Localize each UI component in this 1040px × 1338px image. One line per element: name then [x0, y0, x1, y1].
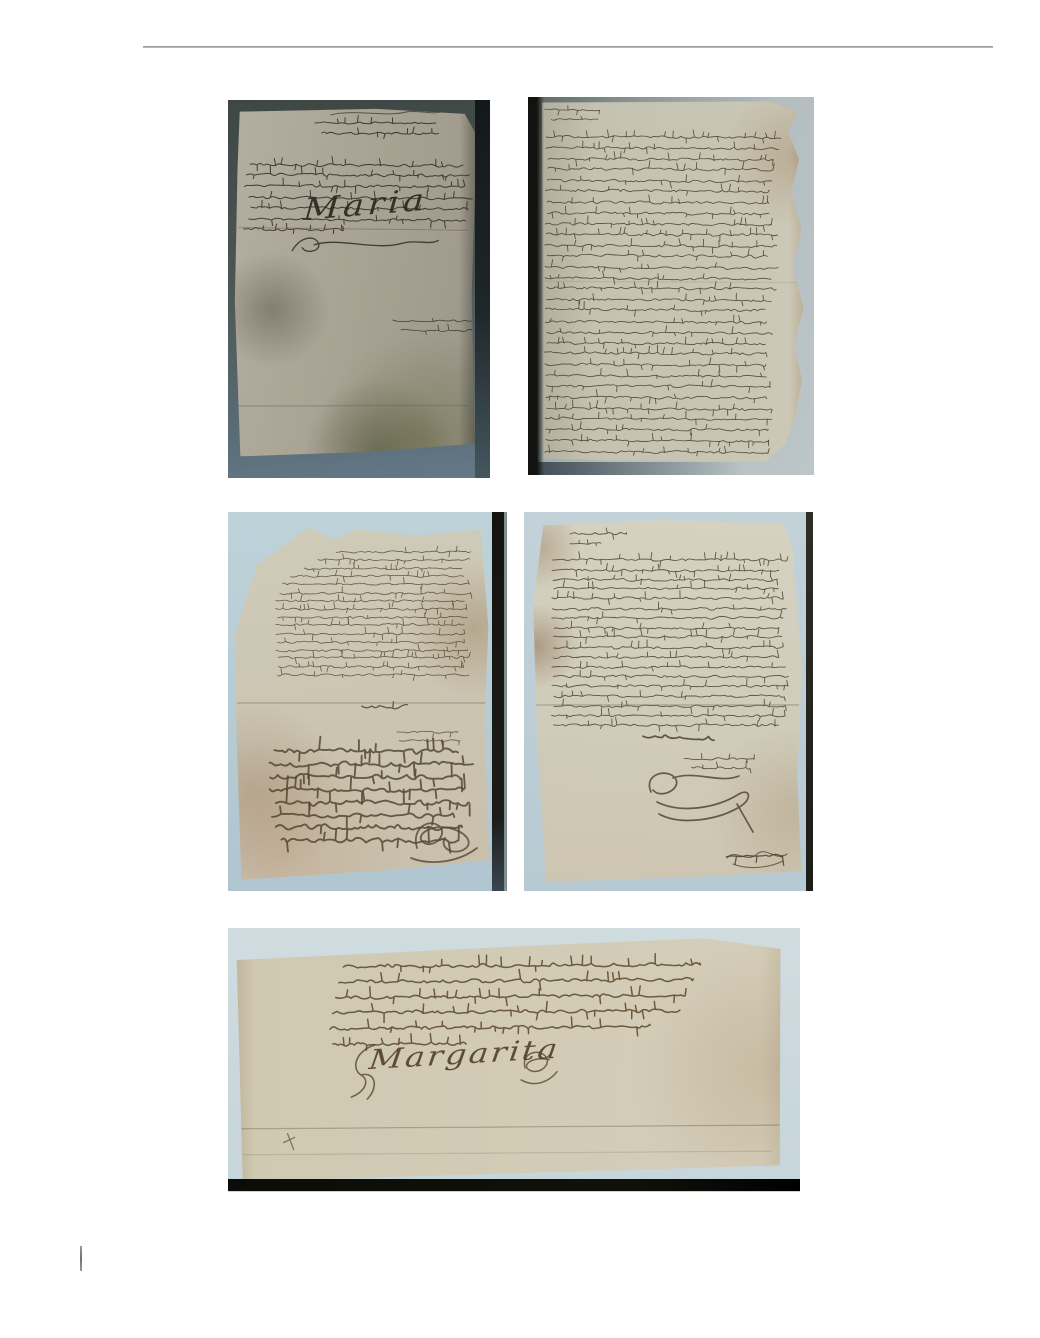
margin-cursor-mark	[80, 1246, 82, 1271]
handwriting-art	[233, 518, 495, 884]
manuscript-photo-5: Margarita	[228, 928, 800, 1192]
header-rule	[143, 46, 993, 48]
manuscript-photo-4	[524, 512, 813, 891]
manuscript-paper	[540, 100, 806, 463]
manuscript-paper	[233, 518, 495, 884]
manuscript-photo-1: Maria	[228, 100, 490, 478]
manuscript-paper	[531, 518, 805, 884]
book-binding-band	[492, 512, 504, 891]
table-edge-strip	[228, 1179, 800, 1191]
book-binding-band	[528, 97, 544, 475]
manuscript-paper: Maria	[233, 106, 477, 457]
book-binding-band	[806, 512, 813, 891]
manuscript-photo-2	[528, 97, 814, 475]
handwriting-art	[531, 518, 805, 884]
table-shadow-strip	[528, 462, 814, 475]
photo-edge-sliver	[504, 512, 507, 891]
photo-shadow-band	[475, 100, 490, 478]
fold-crease	[535, 704, 799, 706]
manuscript-photo-3	[228, 512, 507, 891]
fold-crease	[237, 702, 489, 704]
fold-crease	[237, 405, 469, 407]
manuscript-paper: Margarita	[232, 934, 790, 1184]
